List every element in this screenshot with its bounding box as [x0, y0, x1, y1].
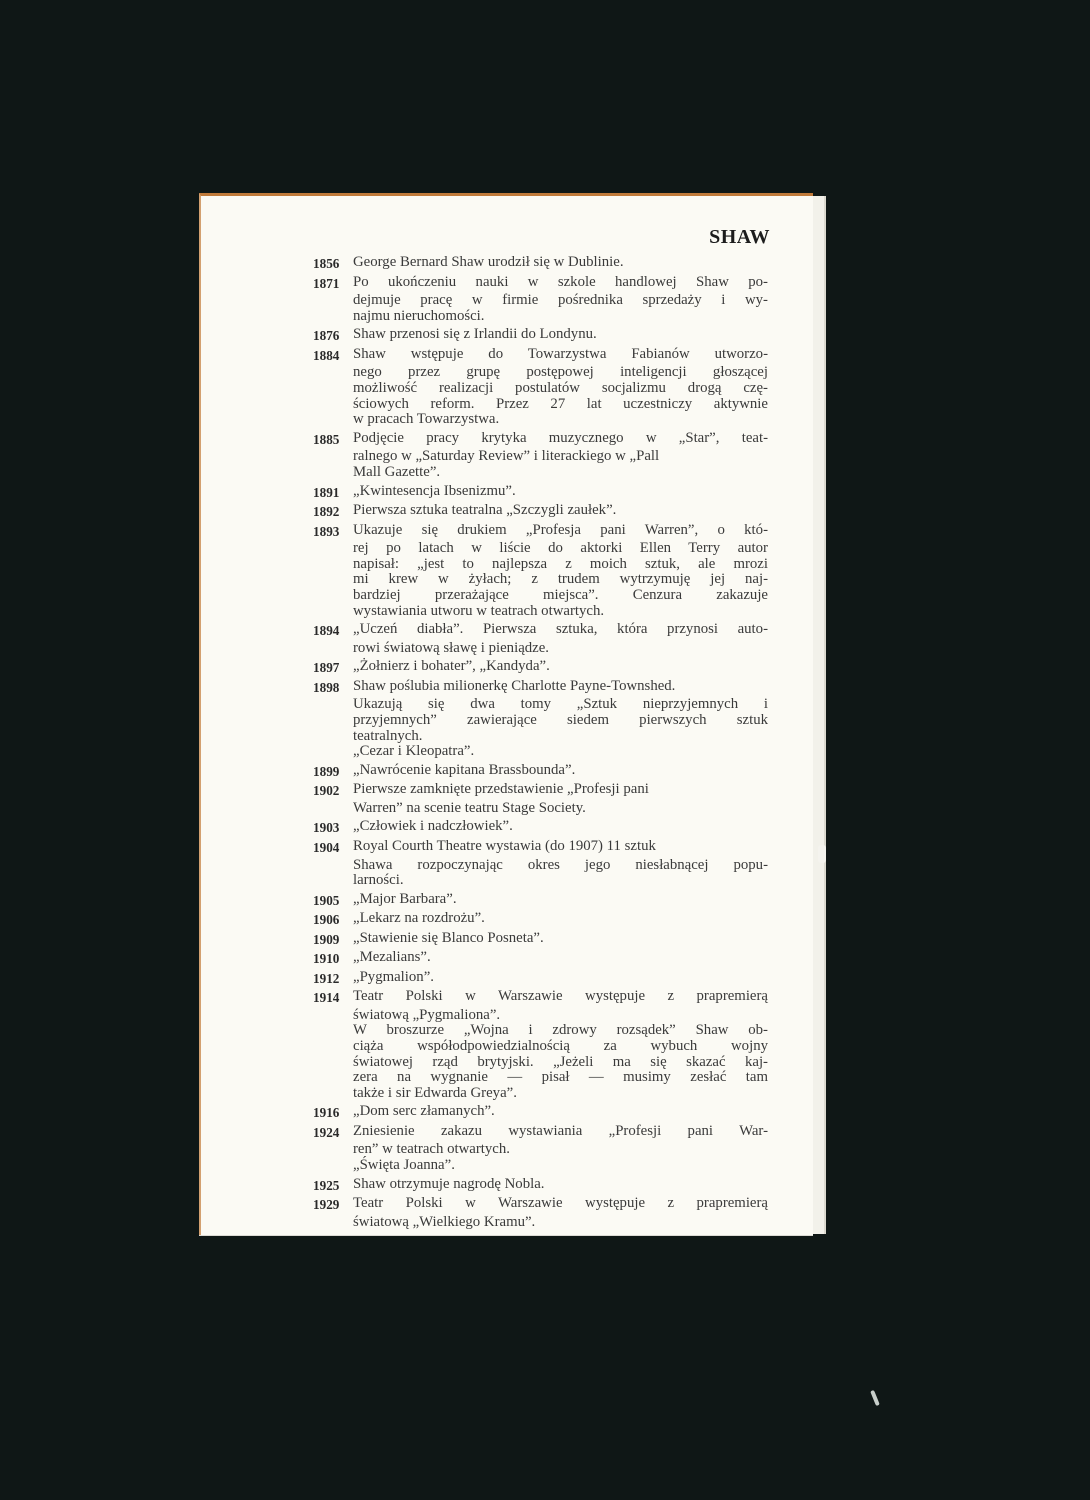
chronology-list: 1856George Bernard Shaw urodził się w Du…: [313, 255, 768, 1233]
entry-text: „Lekarz na rozdrożu”.: [353, 911, 768, 927]
timeline-entry: 1924Zniesienie zakazu wystawiania „Profe…: [313, 1124, 768, 1174]
timeline-entry: 1906„Lekarz na rozdrożu”.: [313, 911, 768, 928]
entry-text: Royal Courth Theatre wystawia (do 1907) …: [353, 839, 768, 889]
timeline-entry: 1914Teatr Polski w Warszawie występuje z…: [313, 989, 768, 1101]
timeline-entry: 1903„Człowiek i nadczłowiek”.: [313, 819, 768, 836]
entry-line: „Człowiek i nadczłowiek”.: [353, 819, 768, 835]
entry-year: 1894: [313, 622, 353, 639]
timeline-entry: 1904Royal Courth Theatre wystawia (do 19…: [313, 839, 768, 889]
entry-line: „Major Barbara”.: [353, 892, 768, 908]
entry-line: przyjemnych” zawierające siedem pierwszy…: [353, 713, 768, 729]
entry-line: Warren” na scenie teatru Stage Society.: [353, 801, 768, 817]
entry-line: Po ukończeniu nauki w szkole handlowej S…: [353, 275, 768, 291]
entry-line: możliwość realizacji postulatów socjaliz…: [353, 381, 768, 397]
timeline-entry: 1905„Major Barbara”.: [313, 892, 768, 909]
entry-year: 1905: [313, 892, 353, 909]
entry-line: ren” w teatrach otwartych.: [353, 1142, 768, 1158]
entry-year: 1899: [313, 763, 353, 780]
entry-year: 1925: [313, 1177, 353, 1194]
entry-text: „Uczeń diabła”. Pierwsza sztuka, która p…: [353, 622, 768, 656]
entry-text: Shaw otrzymuje nagrodę Nobla.: [353, 1177, 768, 1193]
entry-line: Ukazują się dwa tomy „Sztuk nieprzyjemny…: [353, 697, 768, 713]
page-heading: SHAW: [201, 226, 770, 249]
entry-year: 1916: [313, 1104, 353, 1121]
entry-text: Shaw wstępuje do Towarzystwa Fabianów ut…: [353, 347, 768, 428]
entry-line: Pierwsze zamknięte przedstawienie „Profe…: [353, 782, 768, 798]
entry-text: „Pygmalion”.: [353, 970, 768, 986]
page-edge-tear: [818, 845, 826, 863]
timeline-entry: 1871Po ukończeniu nauki w szkole handlow…: [313, 275, 768, 325]
timeline-entry: 1897„Żołnierz i bohater”, „Kandyda”.: [313, 659, 768, 676]
entry-line: Mall Gazette”.: [353, 465, 768, 481]
timeline-entry: 1892Pierwsza sztuka teatralna „Szczygli …: [313, 503, 768, 520]
entry-text: Pierwsze zamknięte przedstawienie „Profe…: [353, 782, 768, 816]
entry-line: „Lekarz na rozdrożu”.: [353, 911, 768, 927]
entry-line: Shaw przenosi się z Irlandii do Londynu.: [353, 327, 768, 343]
entry-line: także i sir Edwarda Greya”.: [353, 1086, 768, 1102]
scan-dust-speck: [870, 1390, 880, 1406]
entry-text: „Żołnierz i bohater”, „Kandyda”.: [353, 659, 768, 675]
entry-line: mi krew w żyłach; z trudem wytrzymuję je…: [353, 572, 768, 588]
entry-line: rowi światową sławę i pieniądze.: [353, 641, 768, 657]
entry-line: napisał: „jest to najlepsza z moich sztu…: [353, 557, 768, 573]
timeline-entry: 1876Shaw przenosi się z Irlandii do Lond…: [313, 327, 768, 344]
entry-year: 1902: [313, 782, 353, 799]
entry-line: światową „Wielkiego Kramu”.: [353, 1215, 768, 1231]
timeline-entry: 1925Shaw otrzymuje nagrodę Nobla.: [313, 1177, 768, 1194]
entry-line: ralnego w „Saturday Review” i literackie…: [353, 449, 768, 465]
entry-line: Shawa rozpoczynając okres jego niesłabną…: [353, 858, 768, 874]
entry-line: W broszurze „Wojna i zdrowy rozsądek” Sh…: [353, 1023, 768, 1039]
entry-text: „Nawrócenie kapitana Brassbounda”.: [353, 763, 768, 779]
entry-line: światowej rząd brytyjski. „Jeżeli ma się…: [353, 1055, 768, 1071]
entry-text: „Stawienie się Blanco Posneta”.: [353, 931, 768, 947]
entry-line: „Kwintesencja Ibsenizmu”.: [353, 484, 768, 500]
entry-line: Teatr Polski w Warszawie występuje z pra…: [353, 1196, 768, 1212]
timeline-entry: 1856George Bernard Shaw urodził się w Du…: [313, 255, 768, 272]
entry-text: „Mezalians”.: [353, 950, 768, 966]
entry-year: 1885: [313, 431, 353, 448]
timeline-entry: 1910„Mezalians”.: [313, 950, 768, 967]
timeline-entry: 1891„Kwintesencja Ibsenizmu”.: [313, 484, 768, 501]
entry-line: „Dom serc złamanych”.: [353, 1104, 768, 1120]
entry-year: 1898: [313, 679, 353, 696]
entry-line: ściowych reform. Przez 27 lat uczestnicz…: [353, 397, 768, 413]
entry-text: Shaw przenosi się z Irlandii do Londynu.: [353, 327, 768, 343]
entry-line: ciąża współodpowiedzialnością za wybuch …: [353, 1039, 768, 1055]
entry-year: 1897: [313, 659, 353, 676]
entry-year: 1893: [313, 523, 353, 540]
entry-line: zera na wygnanie — pisał — musimy zesłać…: [353, 1070, 768, 1086]
entry-text: Po ukończeniu nauki w szkole handlowej S…: [353, 275, 768, 325]
timeline-entry: 1902Pierwsze zamknięte przedstawienie „P…: [313, 782, 768, 816]
timeline-entry: 1894„Uczeń diabła”. Pierwsza sztuka, któ…: [313, 622, 768, 656]
entry-line: Ukazuje się drukiem „Profesja pani Warre…: [353, 523, 768, 539]
timeline-entry: 1916„Dom serc złamanych”.: [313, 1104, 768, 1121]
entry-line: „Święta Joanna”.: [353, 1158, 768, 1174]
entry-line: „Uczeń diabła”. Pierwsza sztuka, która p…: [353, 622, 768, 638]
entry-line: dejmuje pracę w firmie pośrednika sprzed…: [353, 293, 768, 309]
entry-line: teatralnych.: [353, 729, 768, 745]
entry-text: George Bernard Shaw urodził się w Dublin…: [353, 255, 768, 271]
entry-line: George Bernard Shaw urodził się w Dublin…: [353, 255, 768, 271]
entry-year: 1929: [313, 1196, 353, 1213]
entry-line: nego przez grupę postępowej inteligencji…: [353, 365, 768, 381]
entry-line: rej po latach w liście do aktorki Ellen …: [353, 541, 768, 557]
entry-year: 1910: [313, 950, 353, 967]
entry-text: Pierwsza sztuka teatralna „Szczygli zauł…: [353, 503, 768, 519]
entry-line: „Mezalians”.: [353, 950, 768, 966]
entry-year: 1914: [313, 989, 353, 1006]
entry-text: Podjęcie pracy krytyka muzycznego w „Sta…: [353, 431, 768, 481]
entry-line: najmu nieruchomości.: [353, 309, 768, 325]
timeline-entry: 1885Podjęcie pracy krytyka muzycznego w …: [313, 431, 768, 481]
entry-year: 1904: [313, 839, 353, 856]
entry-text: Zniesienie zakazu wystawiania „Profesji …: [353, 1124, 768, 1174]
entry-text: Shaw poślubia milionerkę Charlotte Payne…: [353, 679, 768, 760]
timeline-entry: 1893Ukazuje się drukiem „Profesja pani W…: [313, 523, 768, 620]
entry-line: Zniesienie zakazu wystawiania „Profesji …: [353, 1124, 768, 1140]
entry-line: „Stawienie się Blanco Posneta”.: [353, 931, 768, 947]
entry-text: Teatr Polski w Warszawie występuje z pra…: [353, 1196, 768, 1230]
entry-line: światową „Pygmaliona”.: [353, 1008, 768, 1024]
entry-text: „Major Barbara”.: [353, 892, 768, 908]
entry-line: „Żołnierz i bohater”, „Kandyda”.: [353, 659, 768, 675]
entry-line: Royal Courth Theatre wystawia (do 1907) …: [353, 839, 768, 855]
document-page: SHAW 1856George Bernard Shaw urodził się…: [199, 193, 813, 1235]
entry-line: larności.: [353, 873, 768, 889]
entry-line: bardziej przerażające miejsca”. Cenzura …: [353, 588, 768, 604]
entry-year: 1909: [313, 931, 353, 948]
entry-text: „Dom serc złamanych”.: [353, 1104, 768, 1120]
entry-year: 1856: [313, 255, 353, 272]
entry-line: Shaw otrzymuje nagrodę Nobla.: [353, 1177, 768, 1193]
entry-line: Teatr Polski w Warszawie występuje z pra…: [353, 989, 768, 1005]
entry-text: Teatr Polski w Warszawie występuje z pra…: [353, 989, 768, 1101]
entry-line: Pierwsza sztuka teatralna „Szczygli zauł…: [353, 503, 768, 519]
entry-line: Podjęcie pracy krytyka muzycznego w „Sta…: [353, 431, 768, 447]
entry-text: „Kwintesencja Ibsenizmu”.: [353, 484, 768, 500]
entry-line: Shaw poślubia milionerkę Charlotte Payne…: [353, 679, 768, 695]
entry-line: „Nawrócenie kapitana Brassbounda”.: [353, 763, 768, 779]
timeline-entry: 1899„Nawrócenie kapitana Brassbounda”.: [313, 763, 768, 780]
entry-line: wystawiania utworu w teatrach otwartych.: [353, 604, 768, 620]
entry-line: Shaw wstępuje do Towarzystwa Fabianów ut…: [353, 347, 768, 363]
entry-year: 1924: [313, 1124, 353, 1141]
entry-year: 1891: [313, 484, 353, 501]
entry-line: „Cezar i Kleopatra”.: [353, 744, 768, 760]
entry-year: 1871: [313, 275, 353, 292]
entry-year: 1903: [313, 819, 353, 836]
timeline-entry: 1884Shaw wstępuje do Towarzystwa Fabianó…: [313, 347, 768, 428]
timeline-entry: 1929Teatr Polski w Warszawie występuje z…: [313, 1196, 768, 1230]
entry-year: 1892: [313, 503, 353, 520]
entry-line: w pracach Towarzystwa.: [353, 412, 768, 428]
entry-line: „Pygmalion”.: [353, 970, 768, 986]
entry-text: Ukazuje się drukiem „Profesja pani Warre…: [353, 523, 768, 620]
timeline-entry: 1909„Stawienie się Blanco Posneta”.: [313, 931, 768, 948]
timeline-entry: 1898Shaw poślubia milionerkę Charlotte P…: [313, 679, 768, 760]
timeline-entry: 1912„Pygmalion”.: [313, 970, 768, 987]
entry-text: „Człowiek i nadczłowiek”.: [353, 819, 768, 835]
entry-year: 1906: [313, 911, 353, 928]
entry-year: 1876: [313, 327, 353, 344]
entry-year: 1884: [313, 347, 353, 364]
entry-year: 1912: [313, 970, 353, 987]
